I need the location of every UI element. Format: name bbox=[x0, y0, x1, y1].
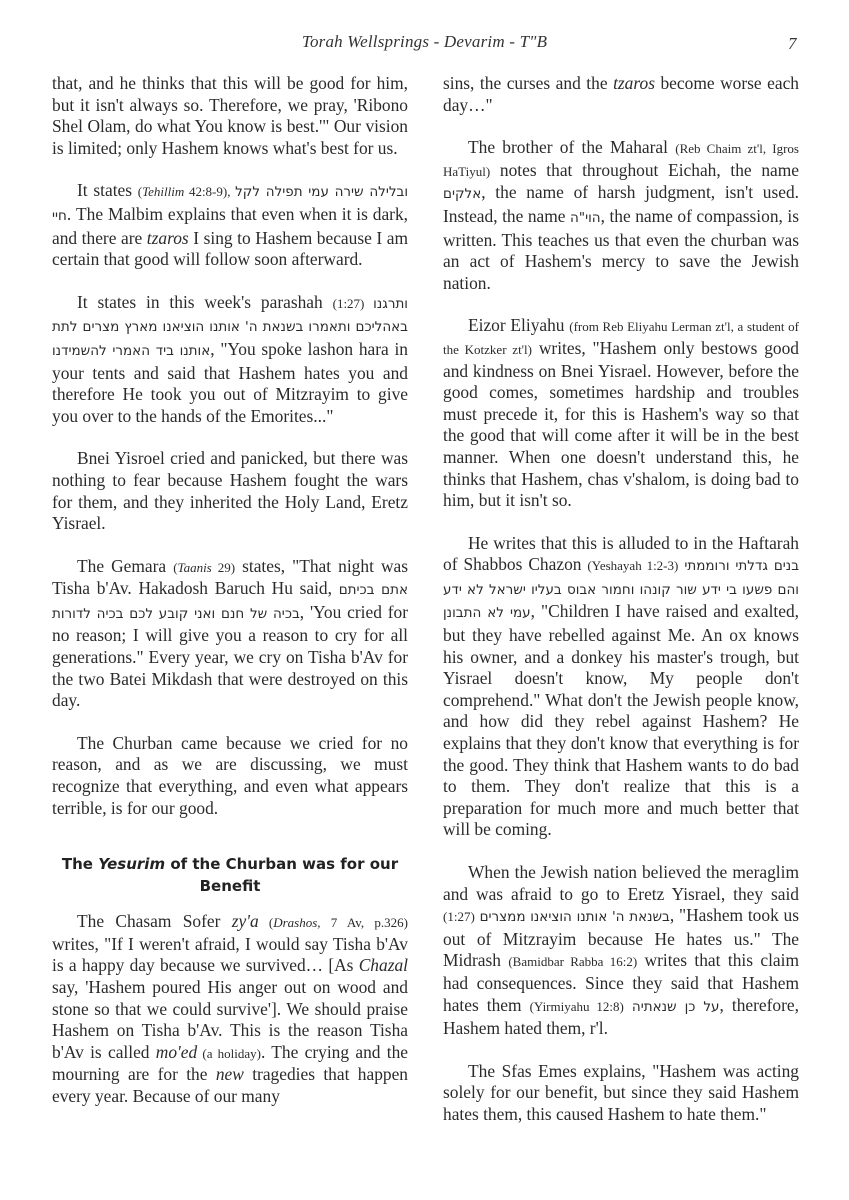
paragraph: It states in this week's parashah (1:27)… bbox=[52, 292, 408, 428]
paragraph: The Chasam Sofer zy'a (Drashos, 7 Av, p.… bbox=[52, 911, 408, 1107]
section-heading: The Yesurim of the Churban was for our B… bbox=[52, 853, 408, 897]
hebrew-quote: בשנאת ה' אותנו הוציאנו ממצרים bbox=[480, 909, 670, 925]
paragraph: It states (Tehillim 42:8-9), ובלילה שירה… bbox=[52, 180, 408, 270]
source-citation: (1:27) bbox=[333, 296, 374, 311]
source-citation: (Taanis 29) bbox=[173, 560, 235, 575]
source-citation: (a holiday) bbox=[197, 1046, 261, 1061]
paragraph: The Gemara (Taanis 29) states, "That nig… bbox=[52, 556, 408, 712]
book-title: Torah Wellsprings - Devarim - T"B bbox=[0, 32, 849, 52]
running-header: Torah Wellsprings - Devarim - T"B 7 bbox=[0, 32, 849, 60]
paragraph: The Sfas Emes explains, "Hashem was acti… bbox=[443, 1061, 799, 1126]
paragraph: Bnei Yisroel cried and panicked, but the… bbox=[52, 448, 408, 534]
hebrew-word: אלקים bbox=[443, 186, 481, 202]
hebrew-word: הוי"ה bbox=[570, 210, 601, 226]
paragraph: When the Jewish nation believed the mera… bbox=[443, 862, 799, 1040]
source-citation: (Drashos, 7 Av, p.326) bbox=[259, 915, 408, 930]
source-citation: (Bamidbar Rabba 16:2) bbox=[508, 954, 637, 969]
right-column: sins, the curses and the tzaros become w… bbox=[443, 73, 799, 1147]
page-number: 7 bbox=[788, 34, 797, 54]
source-citation: (Yirmiyahu 12:8) bbox=[530, 999, 624, 1014]
source-citation: (Yeshayah 1:2-3) bbox=[587, 558, 678, 573]
paragraph: that, and he thinks that this will be go… bbox=[52, 73, 408, 159]
source-citation: (Tehillim 42:8-9), bbox=[138, 184, 235, 199]
hebrew-quote: על כן שנאתיה bbox=[632, 999, 720, 1015]
paragraph: He writes that this is alluded to in the… bbox=[443, 533, 799, 841]
paragraph: sins, the curses and the tzaros become w… bbox=[443, 73, 799, 116]
paragraph: Eizor Eliyahu (from Reb Eliyahu Lerman z… bbox=[443, 315, 799, 511]
left-column: that, and he thinks that this will be go… bbox=[52, 73, 408, 1129]
paragraph: The brother of the Maharal (Reb Chaim zt… bbox=[443, 137, 799, 294]
source-citation: (1:27) bbox=[443, 909, 475, 924]
paragraph: The Churban came because we cried for no… bbox=[52, 733, 408, 819]
